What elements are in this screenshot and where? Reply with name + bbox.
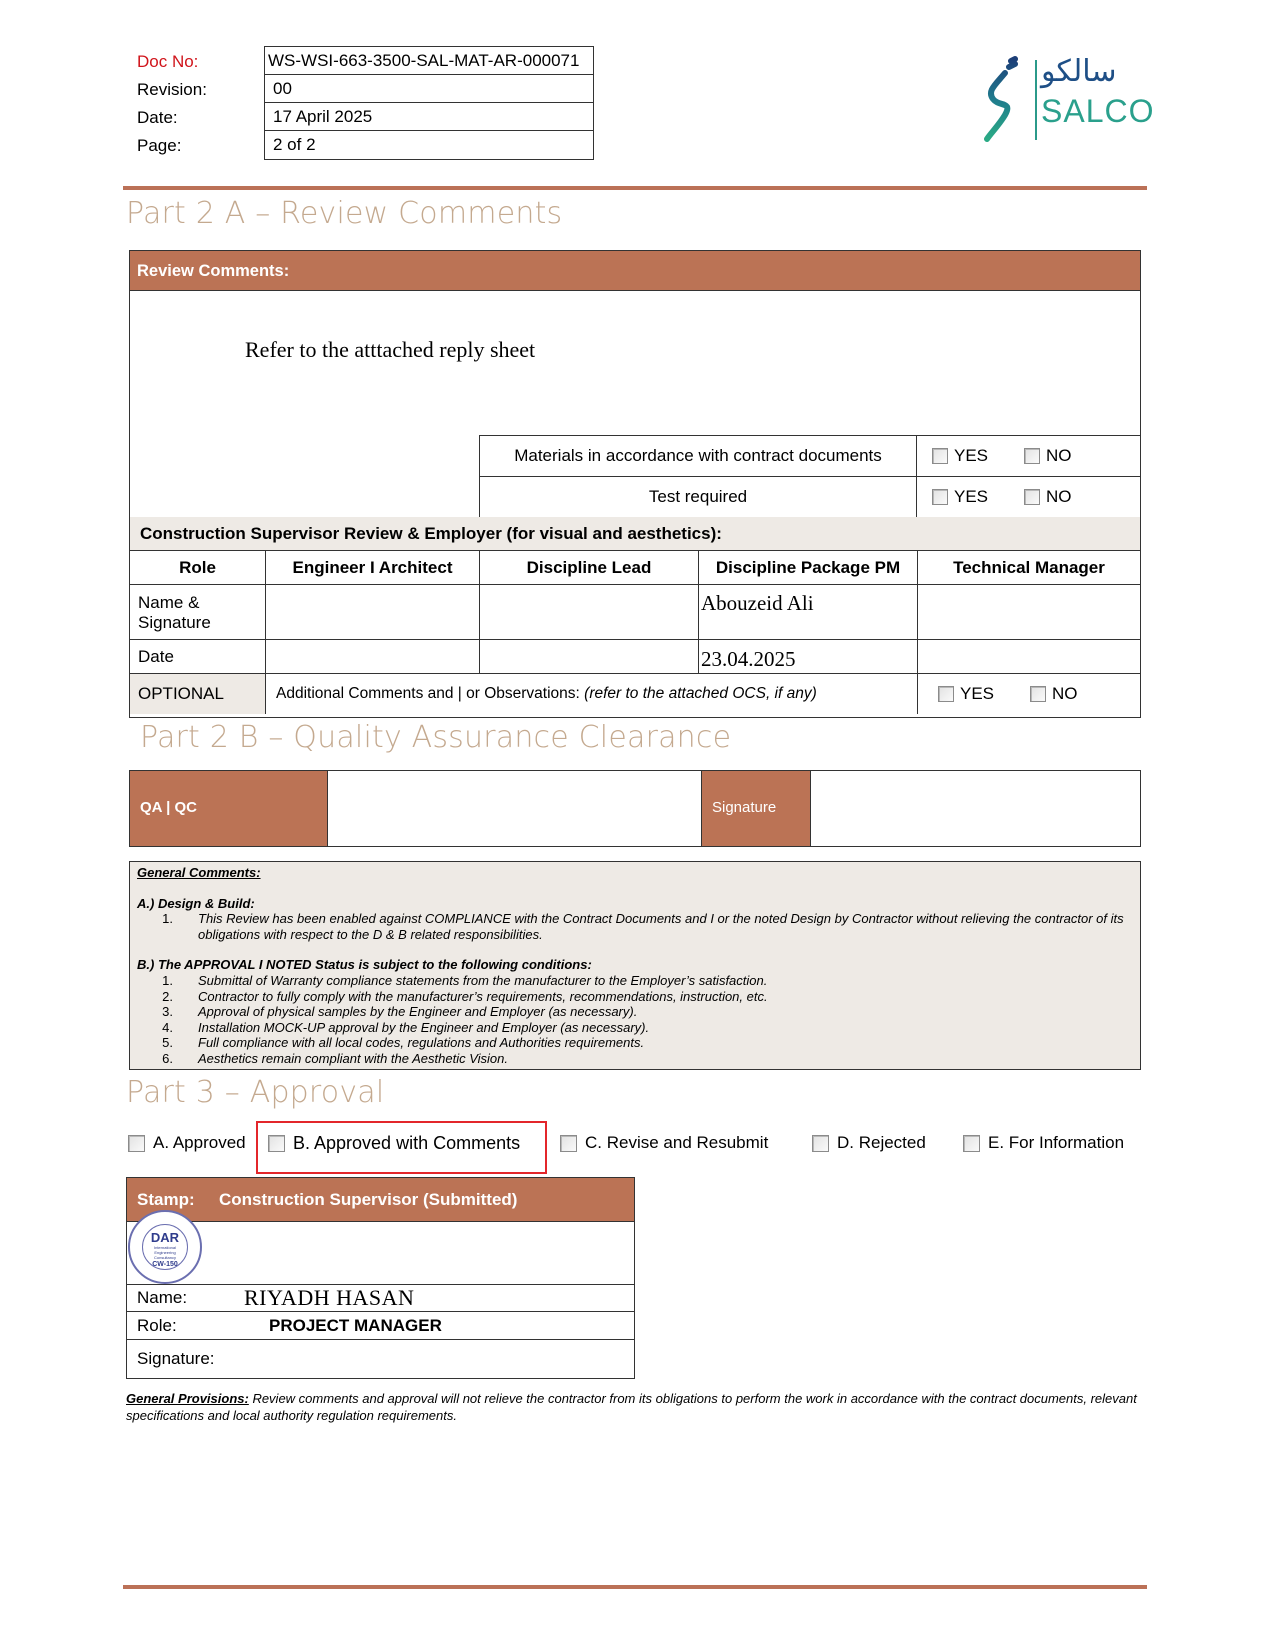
approval-option-e[interactable]: E. For Information: [963, 1133, 1124, 1153]
list-item-text: This Review has been enabled against COM…: [173, 911, 1133, 942]
checkbox-icon[interactable]: [1024, 489, 1040, 505]
row-label: Name & Signature: [130, 585, 266, 639]
review-comments-header: Review Comments:: [130, 251, 1140, 291]
section-b-heading: B.) The APPROVAL I NOTED Status is subje…: [137, 957, 1133, 973]
check-label: Test required: [479, 477, 917, 517]
stamp-name-row: Name: RIYADH HASAN: [127, 1285, 634, 1312]
seal-subtitle: International Engineering Consultancy: [143, 1245, 187, 1260]
list-item: 6.Aesthetics remain compliant with the A…: [137, 1051, 1133, 1067]
option-label: B. Approved with Comments: [293, 1133, 520, 1154]
supervisor-review-header: Construction Supervisor Review & Employe…: [130, 517, 1140, 551]
table-row: Name & Signature Abouzeid Ali: [130, 585, 1140, 640]
doc-meta-table: WS-WSI-663-3500-SAL-MAT-AR-000071 00 17 …: [264, 46, 594, 160]
checkbox-icon[interactable]: [938, 686, 954, 702]
checkbox-icon[interactable]: [1024, 448, 1040, 464]
name-label: Name:: [137, 1288, 247, 1308]
qa-value-field[interactable]: [328, 771, 702, 846]
review-signoff-table: Role Engineer I Architect Discipline Lea…: [130, 551, 1140, 714]
signature-label: Signature: [702, 771, 811, 846]
list-item-text: Installation MOCK-UP approval by the Eng…: [173, 1020, 649, 1036]
stamp-block: Stamp: Construction Supervisor (Submitte…: [126, 1177, 635, 1379]
table-cell[interactable]: Abouzeid Ali: [699, 585, 918, 639]
part-2a-title: Part 2 A – Review Comments: [126, 196, 562, 231]
review-comments-text[interactable]: Refer to the atttached reply sheet: [245, 337, 535, 363]
column-header: Role: [130, 551, 266, 584]
general-comments-title: General Comments:: [137, 865, 1133, 881]
yes-option[interactable]: YES: [932, 446, 988, 466]
logo-latin-text: SALCO: [1041, 93, 1154, 129]
yes-option[interactable]: YES: [932, 487, 988, 507]
approval-option-a[interactable]: A. Approved: [128, 1133, 246, 1153]
optional-text-note: (refer to the attached OCS, if any): [584, 685, 817, 702]
date-value: 17 April 2025: [265, 103, 593, 131]
check-row-test: Test required YES NO: [479, 477, 1140, 518]
list-item-text: Aesthetics remain compliant with the Aes…: [173, 1051, 508, 1067]
logo-arabic-text: سالكو: [1041, 55, 1116, 89]
checkbox-icon[interactable]: [932, 448, 948, 464]
company-seal-icon: DAR International Engineering Consultanc…: [128, 1210, 202, 1284]
check-label: Materials in accordance with contract do…: [479, 436, 917, 476]
checkbox-icon[interactable]: [560, 1135, 577, 1152]
checkbox-icon[interactable]: [812, 1135, 829, 1152]
revision-label: Revision:: [137, 80, 207, 100]
part-3-title: Part 3 – Approval: [126, 1075, 384, 1110]
yes-option[interactable]: YES: [938, 684, 994, 704]
footer-rule: [123, 1585, 1147, 1589]
page-label: Page:: [137, 136, 181, 156]
table-header-row: Role Engineer I Architect Discipline Lea…: [130, 551, 1140, 585]
option-label: C. Revise and Resubmit: [585, 1133, 768, 1153]
approval-option-b[interactable]: B. Approved with Comments: [268, 1133, 520, 1154]
option-label: A. Approved: [153, 1133, 246, 1153]
column-header: Technical Manager: [918, 551, 1140, 584]
optional-row: OPTIONAL Additional Comments and | or Ob…: [130, 674, 1140, 714]
general-comments-block: General Comments: A.) Design & Build: 1.…: [129, 861, 1141, 1070]
role-value[interactable]: PROJECT MANAGER: [269, 1316, 442, 1336]
approval-option-d[interactable]: D. Rejected: [812, 1133, 926, 1153]
part-2b-title: Part 2 B – Quality Assurance Clearance: [140, 720, 731, 755]
section-a-heading: A.) Design & Build:: [137, 896, 1133, 912]
date-label: Date:: [137, 108, 178, 128]
optional-text: Additional Comments and | or Observation…: [276, 685, 584, 702]
section-a-list: 1.This Review has been enabled against C…: [137, 911, 1133, 942]
list-item-text: Contractor to fully comply with the manu…: [173, 989, 768, 1005]
column-header: Engineer I Architect: [266, 551, 480, 584]
table-cell[interactable]: [266, 640, 480, 673]
role-label: Role:: [137, 1316, 247, 1336]
qa-clearance-block: QA | QC Signature: [129, 770, 1141, 847]
name-value[interactable]: RIYADH HASAN: [244, 1285, 414, 1311]
yes-label: YES: [960, 684, 994, 704]
list-item-text: Approval of physical samples by the Engi…: [173, 1004, 637, 1020]
column-header: Discipline Lead: [480, 551, 699, 584]
doc-no-label: Doc No:: [137, 52, 198, 72]
checkbox-icon[interactable]: [128, 1135, 145, 1152]
review-comments-block: Review Comments: Refer to the atttached …: [129, 250, 1141, 718]
qa-label: QA | QC: [130, 771, 328, 846]
option-label: E. For Information: [988, 1133, 1124, 1153]
no-label: NO: [1052, 684, 1078, 704]
provisions-label: General Provisions:: [126, 1391, 249, 1406]
stamp-header: Stamp: Construction Supervisor (Submitte…: [127, 1178, 634, 1222]
no-option[interactable]: NO: [1030, 684, 1078, 704]
general-provisions: General Provisions: Review comments and …: [126, 1390, 1146, 1424]
stamp-title: Construction Supervisor (Submitted): [219, 1178, 517, 1221]
no-label: NO: [1046, 446, 1072, 466]
yes-label: YES: [954, 487, 988, 507]
material-checks-table: Materials in accordance with contract do…: [479, 435, 1140, 518]
list-item-text: Submittal of Warranty compliance stateme…: [173, 973, 767, 989]
table-cell[interactable]: [480, 585, 699, 639]
no-label: NO: [1046, 487, 1072, 507]
list-item: 5.Full compliance with all local codes, …: [137, 1035, 1133, 1051]
header-rule: [123, 186, 1147, 190]
section-b-list: 1.Submittal of Warranty compliance state…: [137, 973, 1133, 1067]
optional-label: OPTIONAL: [130, 674, 266, 714]
salco-logo: سالكو SALCO: [975, 55, 1155, 145]
seal-code: CW-150: [143, 1260, 187, 1269]
list-item: 1.This Review has been enabled against C…: [137, 911, 1133, 942]
table-row: Date 23.04.2025: [130, 640, 1140, 674]
option-label: D. Rejected: [837, 1133, 926, 1153]
doc-no-value: WS-WSI-663-3500-SAL-MAT-AR-000071: [265, 47, 593, 75]
stamp-role-row: Role: PROJECT MANAGER: [127, 1312, 634, 1340]
no-option[interactable]: NO: [1024, 487, 1072, 507]
checkbox-icon[interactable]: [932, 489, 948, 505]
salco-s-logo-icon: [975, 55, 1031, 145]
optional-comments-cell[interactable]: Additional Comments and | or Observation…: [266, 674, 918, 714]
table-cell[interactable]: [918, 640, 1140, 673]
list-item: 1.Submittal of Warranty compliance state…: [137, 973, 1133, 989]
list-item: 4.Installation MOCK-UP approval by the E…: [137, 1020, 1133, 1036]
column-header: Discipline Package PM: [699, 551, 918, 584]
stamp-image-row: DAR International Engineering Consultanc…: [127, 1222, 634, 1285]
table-cell[interactable]: [918, 585, 1140, 639]
stamp-signature-row[interactable]: Signature:: [127, 1340, 634, 1378]
checkbox-icon[interactable]: [268, 1135, 285, 1152]
table-cell[interactable]: [266, 585, 480, 639]
provisions-text: Review comments and approval will not re…: [126, 1391, 1137, 1423]
signature-label: Signature:: [137, 1349, 247, 1369]
logo-divider: [1035, 60, 1037, 140]
checkbox-icon[interactable]: [963, 1135, 980, 1152]
list-item: 3.Approval of physical samples by the En…: [137, 1004, 1133, 1020]
no-option[interactable]: NO: [1024, 446, 1072, 466]
list-item: 2.Contractor to fully comply with the ma…: [137, 989, 1133, 1005]
list-item-text: Full compliance with all local codes, re…: [173, 1035, 644, 1051]
revision-value: 00: [265, 75, 593, 103]
check-row-materials: Materials in accordance with contract do…: [479, 436, 1140, 477]
table-cell[interactable]: [480, 640, 699, 673]
seal-name: DAR: [143, 1231, 187, 1245]
signature-field[interactable]: [811, 771, 1140, 846]
table-cell[interactable]: 23.04.2025: [699, 640, 918, 673]
row-label: Date: [130, 640, 266, 673]
checkbox-icon[interactable]: [1030, 686, 1046, 702]
page-value: 2 of 2: [265, 131, 593, 159]
approval-option-c[interactable]: C. Revise and Resubmit: [560, 1133, 768, 1153]
yes-label: YES: [954, 446, 988, 466]
